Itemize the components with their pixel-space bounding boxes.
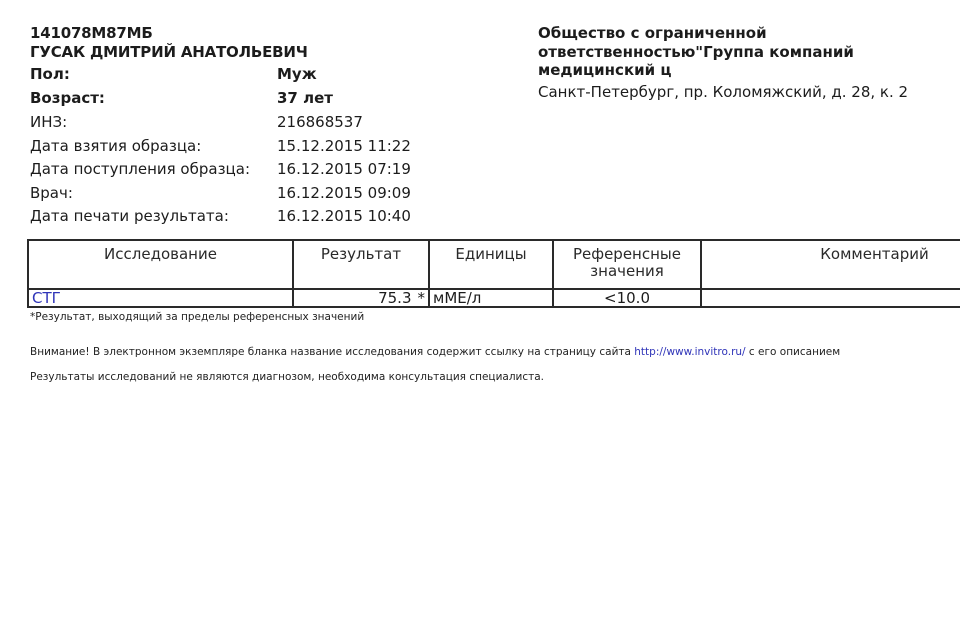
- link-notice: Внимание! В электронном экземпляре бланк…: [30, 346, 840, 359]
- field-label: Дата печати результата:: [30, 205, 229, 228]
- field-value: Муж: [277, 63, 317, 86]
- field-label: Врач:: [30, 182, 73, 205]
- disclaimer: Результаты исследований не являются диаг…: [30, 371, 544, 384]
- field-label: Возраст:: [30, 87, 105, 110]
- patient-info: 141078М87МБ ГУСАК ДМИТРИЙ АНАТОЛЬЕВИЧ По…: [30, 24, 450, 229]
- results-table: Исследование Результат Единицы Референсн…: [27, 239, 960, 308]
- field-print-date: Дата печати результата: 16.12.2015 10:40: [30, 205, 450, 229]
- field-order-number: ИНЗ: 216868537: [30, 111, 450, 135]
- field-label: Дата взятия образца:: [30, 135, 201, 158]
- patient-code: 141078М87МБ: [30, 24, 450, 43]
- field-sample-taken-date: Дата взятия образца: 15.12.2015 11:22: [30, 135, 450, 159]
- cell-comment: [701, 289, 960, 307]
- out-of-range-flag: *: [418, 289, 426, 307]
- column-header-comment: Комментарий: [701, 240, 960, 289]
- invitro-link[interactable]: http://www.invitro.ru/: [634, 346, 745, 358]
- field-value: 16.12.2015 09:09: [277, 182, 411, 205]
- organization-name: Общество с ограниченной ответственностью…: [538, 24, 888, 80]
- field-label: Пол:: [30, 63, 70, 86]
- field-value: 37 лет: [277, 87, 333, 110]
- result-value: 75.3: [378, 289, 411, 307]
- field-label: Дата поступления образца:: [30, 158, 250, 181]
- cell-units: мМЕ/л: [429, 289, 553, 307]
- field-doctor: Врач: 16.12.2015 09:09: [30, 182, 450, 206]
- patient-name: ГУСАК ДМИТРИЙ АНАТОЛЬЕВИЧ: [30, 43, 450, 62]
- table-header-row: Исследование Результат Единицы Референсн…: [28, 240, 960, 289]
- field-age: Возраст: 37 лет: [30, 87, 450, 111]
- link-notice-text: Внимание! В электронном экземпляре бланк…: [30, 346, 634, 358]
- table-row: СТГ 75.3* мМЕ/л <10.0: [28, 289, 960, 307]
- cell-result: 75.3*: [293, 289, 429, 307]
- field-label: ИНЗ:: [30, 111, 67, 134]
- field-sex: Пол: Муж: [30, 63, 450, 87]
- column-header-units: Единицы: [429, 240, 553, 289]
- field-value: 16.12.2015 10:40: [277, 205, 411, 228]
- field-value: 16.12.2015 07:19: [277, 158, 411, 181]
- cell-reference: <10.0: [553, 289, 701, 307]
- organization-address: Санкт-Петербург, пр. Коломяжский, д. 28,…: [538, 82, 948, 102]
- link-notice-text-after: с его описанием: [746, 346, 841, 358]
- field-value: 15.12.2015 11:22: [277, 135, 411, 158]
- organization-info: Общество с ограниченной ответственностью…: [538, 24, 948, 102]
- column-header-test: Исследование: [28, 240, 293, 289]
- field-sample-received-date: Дата поступления образца: 16.12.2015 07:…: [30, 158, 450, 182]
- footnote: *Результат, выходящий за пределы референ…: [30, 311, 364, 324]
- test-link[interactable]: СТГ: [32, 289, 61, 307]
- field-value: 216868537: [277, 111, 363, 134]
- cell-test: СТГ: [28, 289, 293, 307]
- column-header-reference: Референсные значения: [553, 240, 701, 289]
- column-header-result: Результат: [293, 240, 429, 289]
